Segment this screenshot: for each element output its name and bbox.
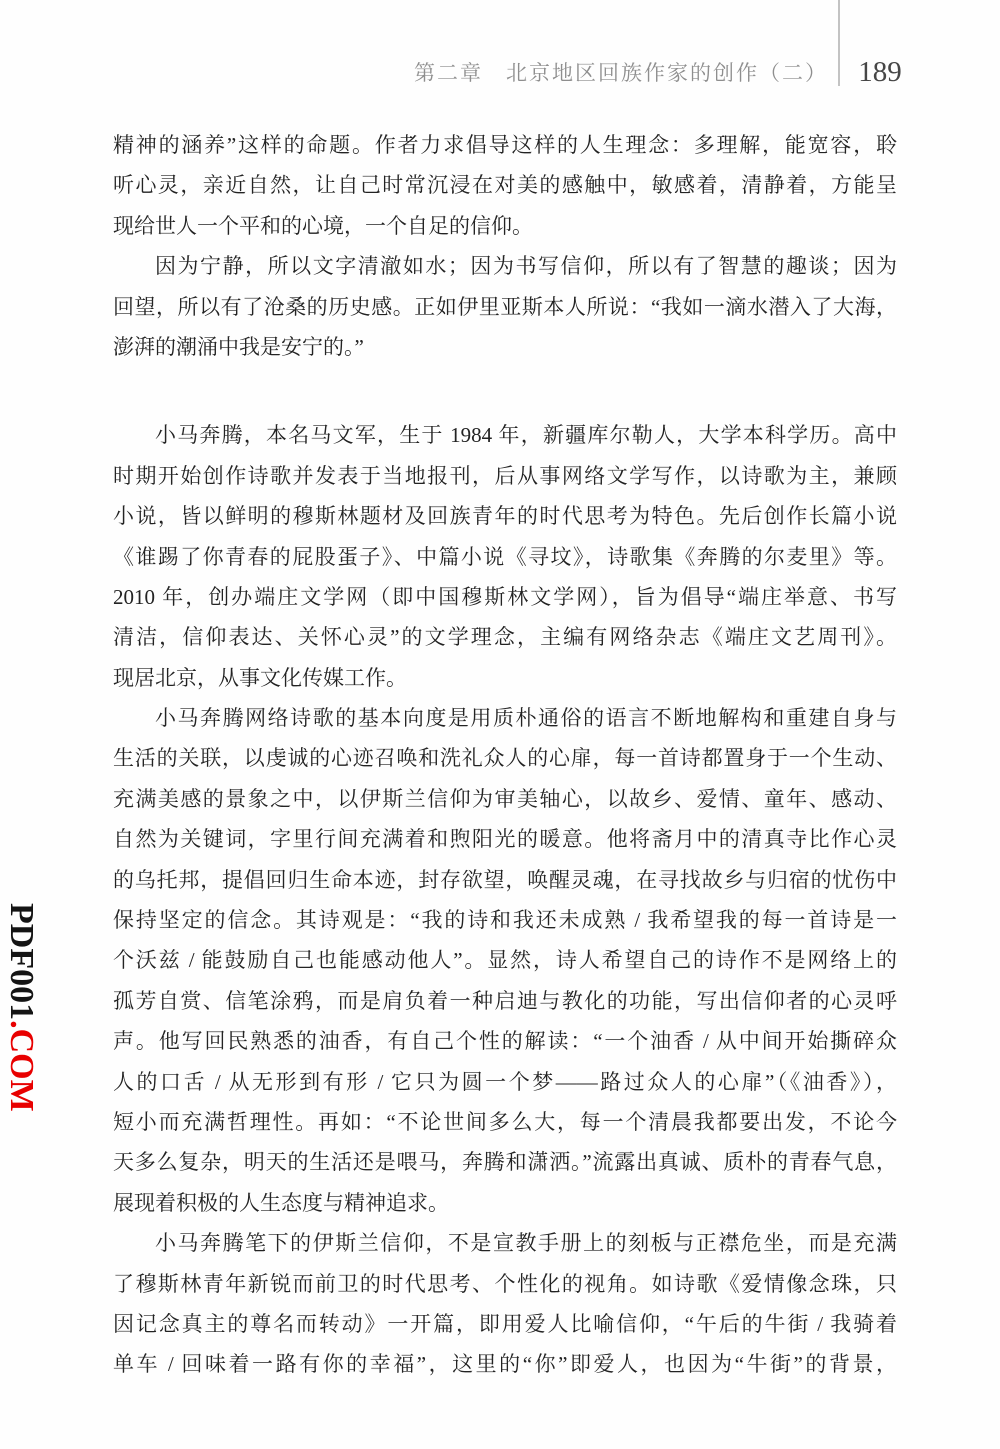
text-line: 了穆斯林青年新锐而前卫的时代思考、个性化的视角。如诗歌《爱情像念珠，只 [113, 1264, 897, 1304]
page-container: 第二章 北京地区回族作家的创作（二） 189 精神的涵养”这样的命题。作者力求倡… [0, 0, 1000, 1449]
text-line: 听心灵，亲近自然，让自己时常沉浸在对美的感触中，敏感着，清静着，方能呈 [113, 165, 897, 205]
text-line: 小马奔腾笔下的伊斯兰信仰，不是宣教手册上的刻板与正襟危坐，而是充满 [113, 1223, 897, 1263]
text-line: 小说，皆以鲜明的穆斯林题材及回族青年的时代思考为特色。先后创作长篇小说 [113, 496, 897, 536]
paragraph: 小马奔腾，本名马文军，生于 1984 年，新疆库尔勒人，大学本科学历。高中时期开… [113, 415, 897, 698]
text-line: 生活的关联，以虔诚的心迹召唤和洗礼众人的心扉，每一首诗都置身于一个生动、 [113, 738, 897, 778]
text-line: 因记念真主的尊名而转动》一开篇，即用爱人比喻信仰，“午后的牛街 / 我骑着 [113, 1304, 897, 1344]
text-line: 2010 年，创办端庄文学网（即中国穆斯林文学网），旨为倡导“端庄举意、书写 [113, 577, 897, 617]
text-line: 短小而充满哲理性。再如：“不论世间多么大，每一个清晨我都要出发，不论今 [113, 1102, 897, 1142]
paragraph: 因为宁静，所以文字清澈如水；因为书写信仰，所以有了智慧的趣谈；因为回望，所以有了… [113, 246, 897, 367]
text-line: 的乌托邦，提倡回归生命本迹，封存欲望，唤醒灵魂，在寻找故乡与归宿的忧伤中 [113, 860, 897, 900]
watermark-black-part: PDF001 [3, 903, 40, 1020]
text-line: 小马奔腾，本名马文军，生于 1984 年，新疆库尔勒人，大学本科学历。高中 [113, 415, 897, 455]
text-line: 人的口舌 / 从无形到有形 / 它只为圆一个梦——路过众人的心扉”（《油香》）， [113, 1062, 897, 1102]
text-line: 保持坚定的信念。其诗观是：“我的诗和我还未成熟 / 我希望我的每一首诗是一 [113, 900, 897, 940]
paragraph: 小马奔腾网络诗歌的基本向度是用质朴通俗的语言不断地解构和重建自身与生活的关联，以… [113, 698, 897, 1223]
text-line: 声。他写回民熟悉的油香，有自己个性的解读：“一个油香 / 从中间开始撕碎众 [113, 1021, 897, 1061]
watermark-red-part: .COM [3, 1020, 40, 1112]
text-line: 《谁踢了你青春的屁股蛋子》、中篇小说《寻坟》，诗歌集《奔腾的尔麦里》等。 [113, 537, 897, 577]
text-line: 自然为关键词，字里行间充满着和煦阳光的暖意。他将斋月中的清真寺比作心灵 [113, 819, 897, 859]
text-line: 小马奔腾网络诗歌的基本向度是用质朴通俗的语言不断地解构和重建自身与 [113, 698, 897, 738]
text-line: 时期开始创作诗歌并发表于当地报刊，后从事网络文学写作，以诗歌为主，兼顾 [113, 456, 897, 496]
text-line: 单车 / 回味着一路有你的幸福”，这里的“你”即爱人，也因为“牛街”的背景， [113, 1344, 897, 1384]
watermark: PDF001.COM [4, 903, 38, 1112]
paragraph: 精神的涵养”这样的命题。作者力求倡导这样的人生理念：多理解，能宽容，聆听心灵，亲… [113, 125, 897, 246]
text-line: 现居北京，从事文化传媒工作。 [113, 658, 897, 698]
text-line: 展现着积极的人生态度与精神追求。 [113, 1183, 897, 1223]
text-line: 精神的涵养”这样的命题。作者力求倡导这样的人生理念：多理解，能宽容，聆 [113, 125, 897, 165]
text-line: 因为宁静，所以文字清澈如水；因为书写信仰，所以有了智慧的趣谈；因为 [113, 246, 897, 286]
text-line: 孤芳自赏、信笔涂鸦，而是肩负着一种启迪与教化的功能，写出信仰者的心灵呼 [113, 981, 897, 1021]
text-line: 天多么复杂，明天的生活还是喂马，奔腾和潇洒。”流露出真诚、质朴的青春气息， [113, 1142, 897, 1182]
text-line: 清洁，信仰表达、关怀心灵”的文学理念，主编有网络杂志《端庄文艺周刊》。 [113, 617, 897, 657]
body-text: 精神的涵养”这样的命题。作者力求倡导这样的人生理念：多理解，能宽容，聆听心灵，亲… [113, 125, 897, 1385]
chapter-title: 第二章 北京地区回族作家的创作（二） [414, 57, 828, 87]
text-line: 回望，所以有了沧桑的历史感。正如伊里亚斯本人所说：“我如一滴水潜入了大海， [113, 287, 897, 327]
text-line: 澎湃的潮涌中我是安宁的。” [113, 327, 897, 367]
text-line: 个沃兹 / 能鼓励自己也能感动他人”。显然，诗人希望自己的诗作不是网络上的 [113, 940, 897, 980]
paragraph: 小马奔腾笔下的伊斯兰信仰，不是宣教手册上的刻板与正襟危坐，而是充满了穆斯林青年新… [113, 1223, 897, 1385]
text-line: 现给世人一个平和的心境，一个自足的信仰。 [113, 206, 897, 246]
text-line: 充满美感的景象之中，以伊斯兰信仰为审美轴心，以故乡、爱情、童年、感动、 [113, 779, 897, 819]
header-divider [838, 0, 840, 86]
page-number: 189 [845, 56, 915, 89]
